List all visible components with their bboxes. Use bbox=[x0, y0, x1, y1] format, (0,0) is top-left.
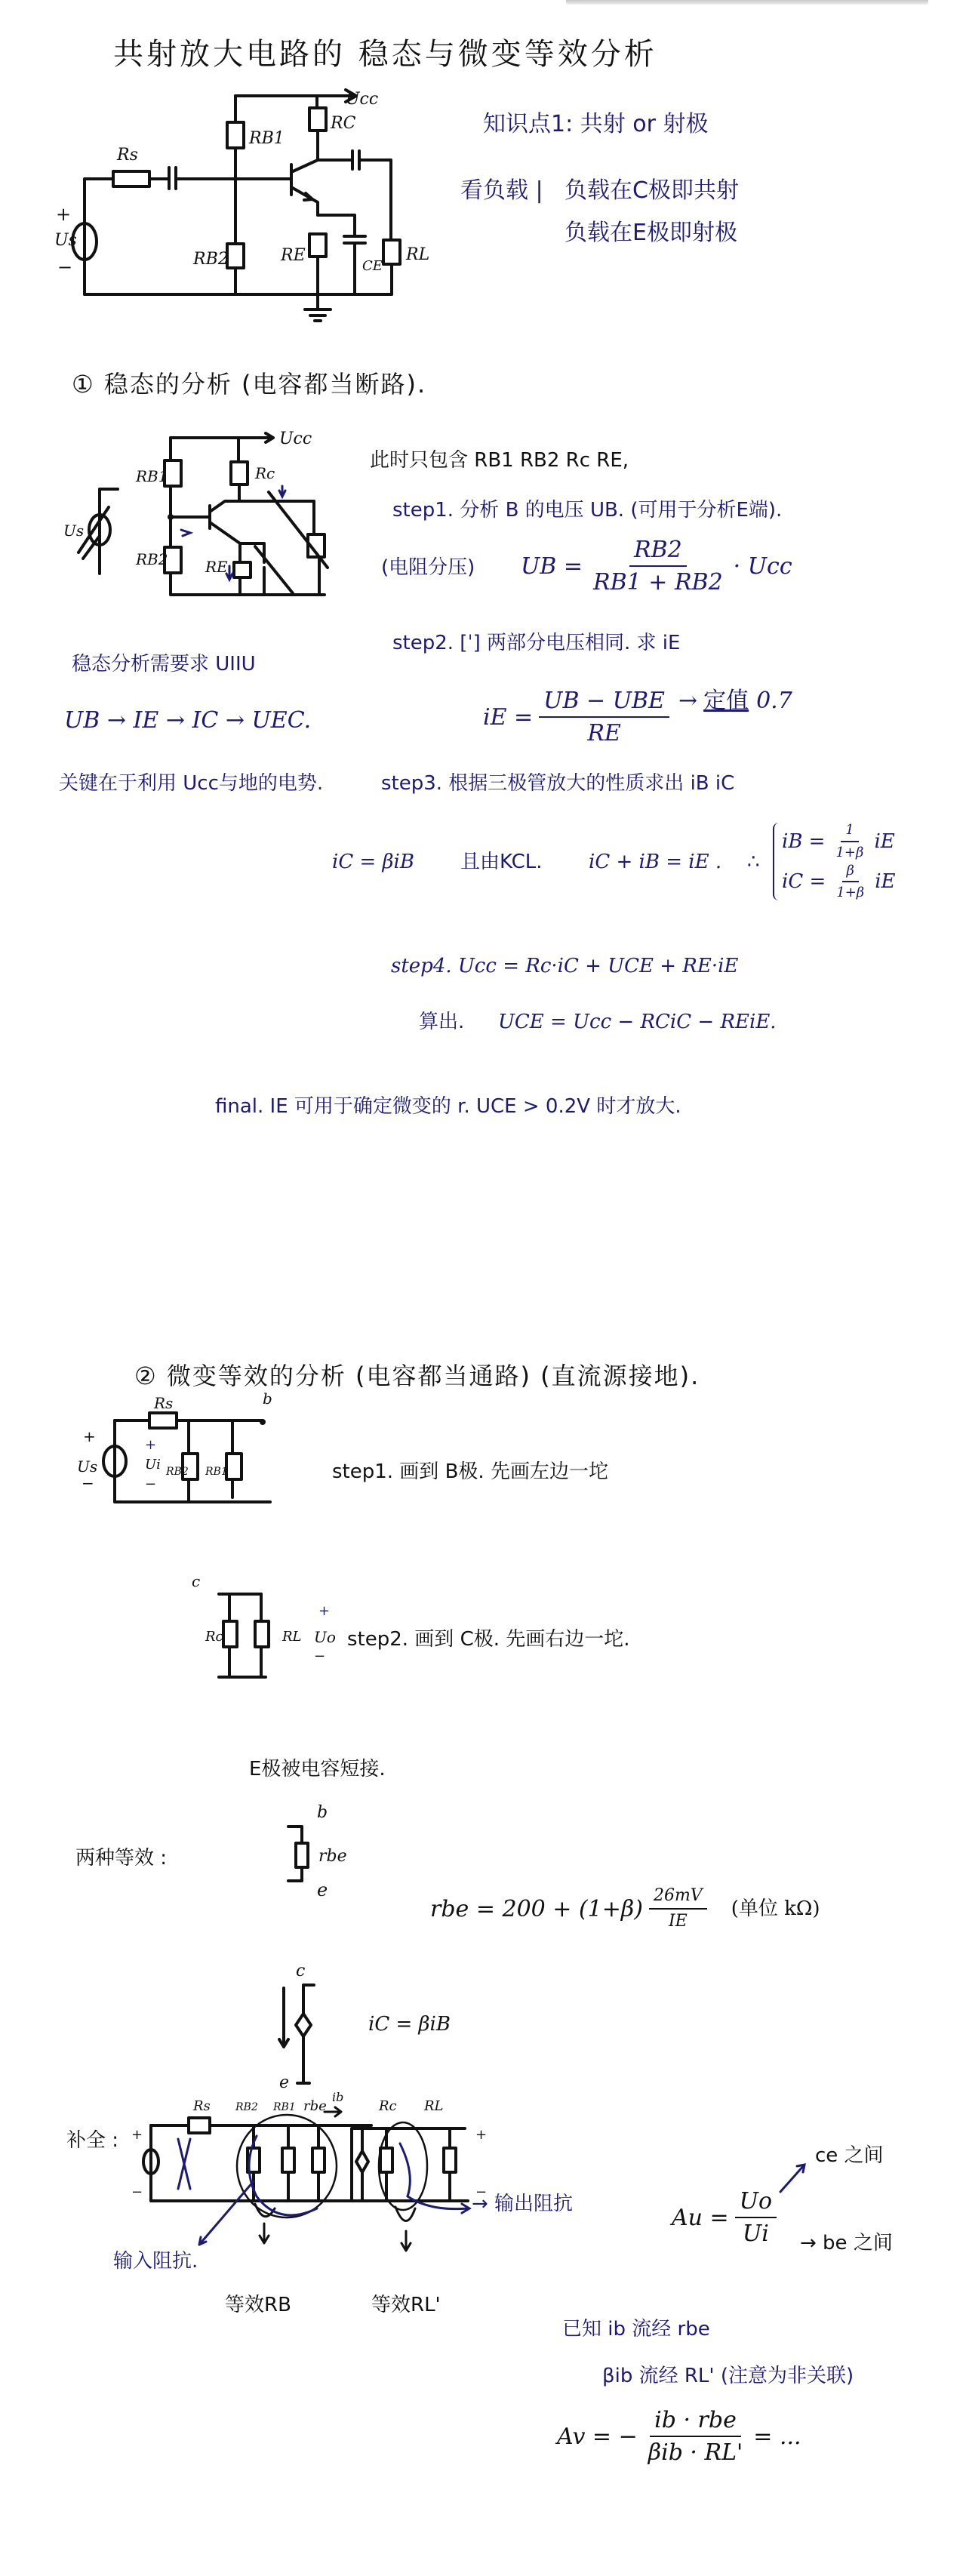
be-between-note: → be 之间 bbox=[800, 2233, 893, 2254]
step3-text: step3. 根据三极管放大的性质求出 iB iC bbox=[381, 773, 734, 795]
section1-header: ① 稳态的分析 (电容都当断路). bbox=[72, 371, 426, 398]
ic-lhs: iC = bbox=[782, 871, 826, 893]
ccs-formula: iC = βiB bbox=[368, 2014, 451, 2036]
complete-small-signal-circuit: Rs RB2 RB1 rbe ib Rc RL + − + − bbox=[106, 2083, 513, 2310]
re-label: RE bbox=[280, 246, 306, 265]
rbe-numerator: 26mV bbox=[649, 1887, 707, 1910]
ic-beta-ib: iC = βiB bbox=[332, 851, 414, 873]
top-edge-shadow bbox=[566, 0, 928, 5]
rs-label: Rs bbox=[116, 146, 138, 165]
ie-denominator: RE bbox=[583, 718, 626, 746]
rl-label: RL bbox=[405, 245, 429, 264]
svg-text:−: − bbox=[82, 1474, 94, 1492]
input-minus: − bbox=[131, 2184, 143, 2200]
av-denominator: βib · RL' bbox=[644, 2437, 748, 2465]
common-emitter-circuit-diagram: Ucc RC RB1 Rs RB2 RE CE RL Us + − bbox=[45, 75, 468, 347]
av-tail: = ... bbox=[753, 2424, 801, 2449]
ie-constant-note: 定值 bbox=[703, 688, 749, 713]
rb1-label: RB1 bbox=[248, 129, 285, 148]
rb1-label: RB1 bbox=[205, 1466, 228, 1478]
svg-text:+: + bbox=[145, 1437, 156, 1453]
known-beta-ib-through-rl: βib 流经 RL' (注意为非关联) bbox=[602, 2365, 854, 2387]
current-split-system: iB = 11+β iE iC = β1+β iE bbox=[768, 823, 896, 900]
ub-denominator: RB1 + RB2 bbox=[589, 567, 728, 595]
rb2-label: RB2 bbox=[192, 250, 229, 269]
rc-label: Rc bbox=[378, 2098, 397, 2114]
svg-text:−: − bbox=[314, 1648, 325, 1664]
analysis-chain: UB → IE → IC → UEC. bbox=[64, 708, 311, 733]
dc-analysis-need-note: 稳态分析需要求 UIIU bbox=[72, 654, 256, 676]
ce-between-note: ce 之间 bbox=[815, 2145, 884, 2167]
equivalent-rb-label: 等效RB bbox=[225, 2294, 291, 2316]
rbe-label: rbe bbox=[318, 1847, 347, 1866]
knowledge-point-1: 知识点1: 共射 or 射极 bbox=[483, 112, 709, 137]
ie-lhs: iE = bbox=[483, 705, 533, 730]
final-note: final. IE 可用于确定微变的 r. UCE > 0.2V 时才放大. bbox=[215, 1096, 681, 1118]
ce-label: CE bbox=[362, 258, 383, 274]
ub-numerator: RB2 bbox=[629, 537, 687, 567]
au-lhs: Au = bbox=[672, 2205, 729, 2230]
b-terminal-label: b bbox=[317, 1803, 328, 1822]
b-node-label: b bbox=[263, 1390, 272, 1408]
svg-text:+: + bbox=[83, 1427, 96, 1445]
load-rule-label: 看负载 | bbox=[460, 178, 543, 203]
dependent-current-source-symbol: c e bbox=[272, 1955, 377, 2091]
ib-label: ib bbox=[332, 2090, 343, 2104]
page-title: 共射放大电路的 稳态与微变等效分析 bbox=[113, 38, 657, 71]
ube-value: 0.7 bbox=[756, 688, 792, 713]
ie-arrow: → bbox=[678, 688, 697, 713]
rbe-denominator: IE bbox=[664, 1910, 692, 1931]
rc-label: Rc bbox=[254, 464, 275, 482]
rbe-formula: rbe = 200 + (1+β) 26mVIE (单位 kΩ) bbox=[430, 1887, 820, 1931]
known-ib-through-rbe: 已知 ib 流经 rbe bbox=[562, 2319, 710, 2341]
rs-label: Rs bbox=[192, 2098, 211, 2114]
rb2-label: RB2 bbox=[165, 1466, 189, 1478]
dc-equivalent-circuit-diagram: Ucc RB1 RB2 Rc RE Us bbox=[30, 423, 370, 649]
au-denominator: Ui bbox=[738, 2218, 774, 2246]
av-formula: Av = − ib · rbeβib · RL' = ... bbox=[557, 2408, 801, 2465]
us-label: Us bbox=[77, 1457, 97, 1476]
section2-step1: step1. 画到 B极. 先画左边一坨 bbox=[332, 1461, 608, 1483]
input-impedance-label: 输入阻抗. bbox=[113, 2251, 198, 2273]
step2-text: step2. [ˈ] 两部分电压相同. 求 iE bbox=[392, 632, 680, 654]
minus-sign: − bbox=[57, 257, 72, 278]
au-numerator: Uo bbox=[735, 2189, 777, 2218]
output-impedance-label: → 输出阻抗 bbox=[472, 2193, 573, 2215]
vcc-label: Ucc bbox=[279, 429, 312, 448]
rl-label: RL bbox=[281, 1629, 302, 1645]
av-numerator: ib · rbe bbox=[650, 2408, 741, 2437]
rbe-lhs: rbe = 200 + (1+β) bbox=[430, 1897, 643, 1922]
ui-label: Ui bbox=[145, 1457, 161, 1473]
ub-formula: UB = RB2RB1 + RB2 · Ucc bbox=[521, 537, 792, 595]
ic-tail: iE bbox=[875, 871, 895, 893]
output-plus: + bbox=[475, 2127, 487, 2143]
rbe-equivalent-symbol: b rbe e bbox=[272, 1796, 377, 1910]
rb1-label: RB1 bbox=[135, 467, 168, 485]
load-rule-emitter-follower: 负载在E极即射极 bbox=[565, 220, 737, 245]
voltage-gain-definition: Au = UoUi bbox=[672, 2189, 783, 2246]
svg-text:+: + bbox=[318, 1603, 330, 1619]
input-plus: + bbox=[131, 2127, 143, 2143]
ie-formula: iE = UB − UBERE → 定值 0.7 bbox=[483, 688, 792, 746]
rb2-label: RB2 bbox=[235, 2101, 258, 2113]
plus-sign: + bbox=[56, 204, 71, 225]
calc-label: 算出. bbox=[419, 1011, 464, 1033]
rc-label: Rc bbox=[205, 1629, 223, 1645]
rl-label: RL bbox=[423, 2098, 444, 2114]
us-label: Us bbox=[54, 231, 77, 250]
section2-step2: step2. 画到 C极. 先画右边一坨. bbox=[347, 1629, 630, 1651]
vcc-label: Ucc bbox=[346, 90, 378, 109]
ib-numerator: 1 bbox=[841, 823, 858, 842]
collector-side-small-signal-circuit: c Rc RL + Uo − bbox=[181, 1577, 332, 1706]
rb1-label: RB1 bbox=[272, 2101, 296, 2113]
rbe-label: rbe bbox=[303, 2098, 327, 2114]
voltage-divider-note: (电阻分压) bbox=[381, 557, 475, 579]
step4-text: step4. Ucc = Rc·iC + UCE + RE·iE bbox=[391, 956, 738, 977]
section2-header: ② 微变等效的分析 (电容都当通路) (直流源接地). bbox=[134, 1363, 700, 1390]
rbe-unit: (单位 kΩ) bbox=[731, 1898, 820, 1920]
rb2-label: RB2 bbox=[135, 550, 168, 568]
kcl-equation: iC + iB = iE . bbox=[589, 851, 721, 873]
step1-text: step1. 分析 B 的电压 UB. (可用于分析E端). bbox=[392, 500, 782, 522]
ic-denominator: 1+β bbox=[832, 882, 869, 900]
ib-tail: iE bbox=[874, 831, 894, 853]
load-rule-common-emitter: 负载在C极即共射 bbox=[565, 178, 739, 203]
ub-tail: · Ucc bbox=[734, 554, 792, 579]
equivalent-rl-label: 等效RL' bbox=[371, 2294, 441, 2316]
us-label: Us bbox=[63, 522, 84, 540]
av-lhs: Av = − bbox=[557, 2424, 638, 2449]
e-terminal-label: e bbox=[317, 1879, 328, 1900]
rc-label: RC bbox=[330, 114, 356, 133]
uo-label: Uo bbox=[314, 1628, 336, 1646]
key-insight-note: 关键在于利用 Ucc与地的电势. bbox=[59, 773, 323, 795]
uce-equation: UCE = Ucc − RCiC − REiE. bbox=[498, 1011, 777, 1033]
ib-denominator: 1+β bbox=[831, 842, 868, 860]
ib-lhs: iB = bbox=[782, 831, 825, 853]
ub-lhs: UB = bbox=[521, 554, 583, 579]
kcl-note: 且由KCL. bbox=[460, 851, 543, 873]
ie-numerator: UB − UBE bbox=[539, 688, 669, 718]
emitter-shorted-note: E极被电容短接. bbox=[249, 1759, 386, 1780]
therefore-symbol: ∴ bbox=[747, 851, 760, 873]
rs-label: Rs bbox=[153, 1394, 173, 1412]
contains-resistors-note: 此时只包含 RB1 RB2 Rc RE, bbox=[370, 450, 629, 472]
c-node-label: c bbox=[192, 1572, 200, 1590]
two-equivalents-label: 两种等效 : bbox=[75, 1848, 167, 1870]
base-side-small-signal-circuit: Rs b Us + − + Ui − RB2 RB1 bbox=[60, 1396, 309, 1547]
re-label: RE bbox=[205, 558, 228, 576]
notes-page: 共射放大电路的 稳态与微变等效分析 bbox=[0, 0, 966, 2576]
svg-text:−: − bbox=[145, 1476, 156, 1492]
au-arrow-up bbox=[777, 2159, 815, 2196]
ic-numerator: β bbox=[842, 863, 859, 883]
c-terminal-label: c bbox=[296, 1962, 305, 1980]
